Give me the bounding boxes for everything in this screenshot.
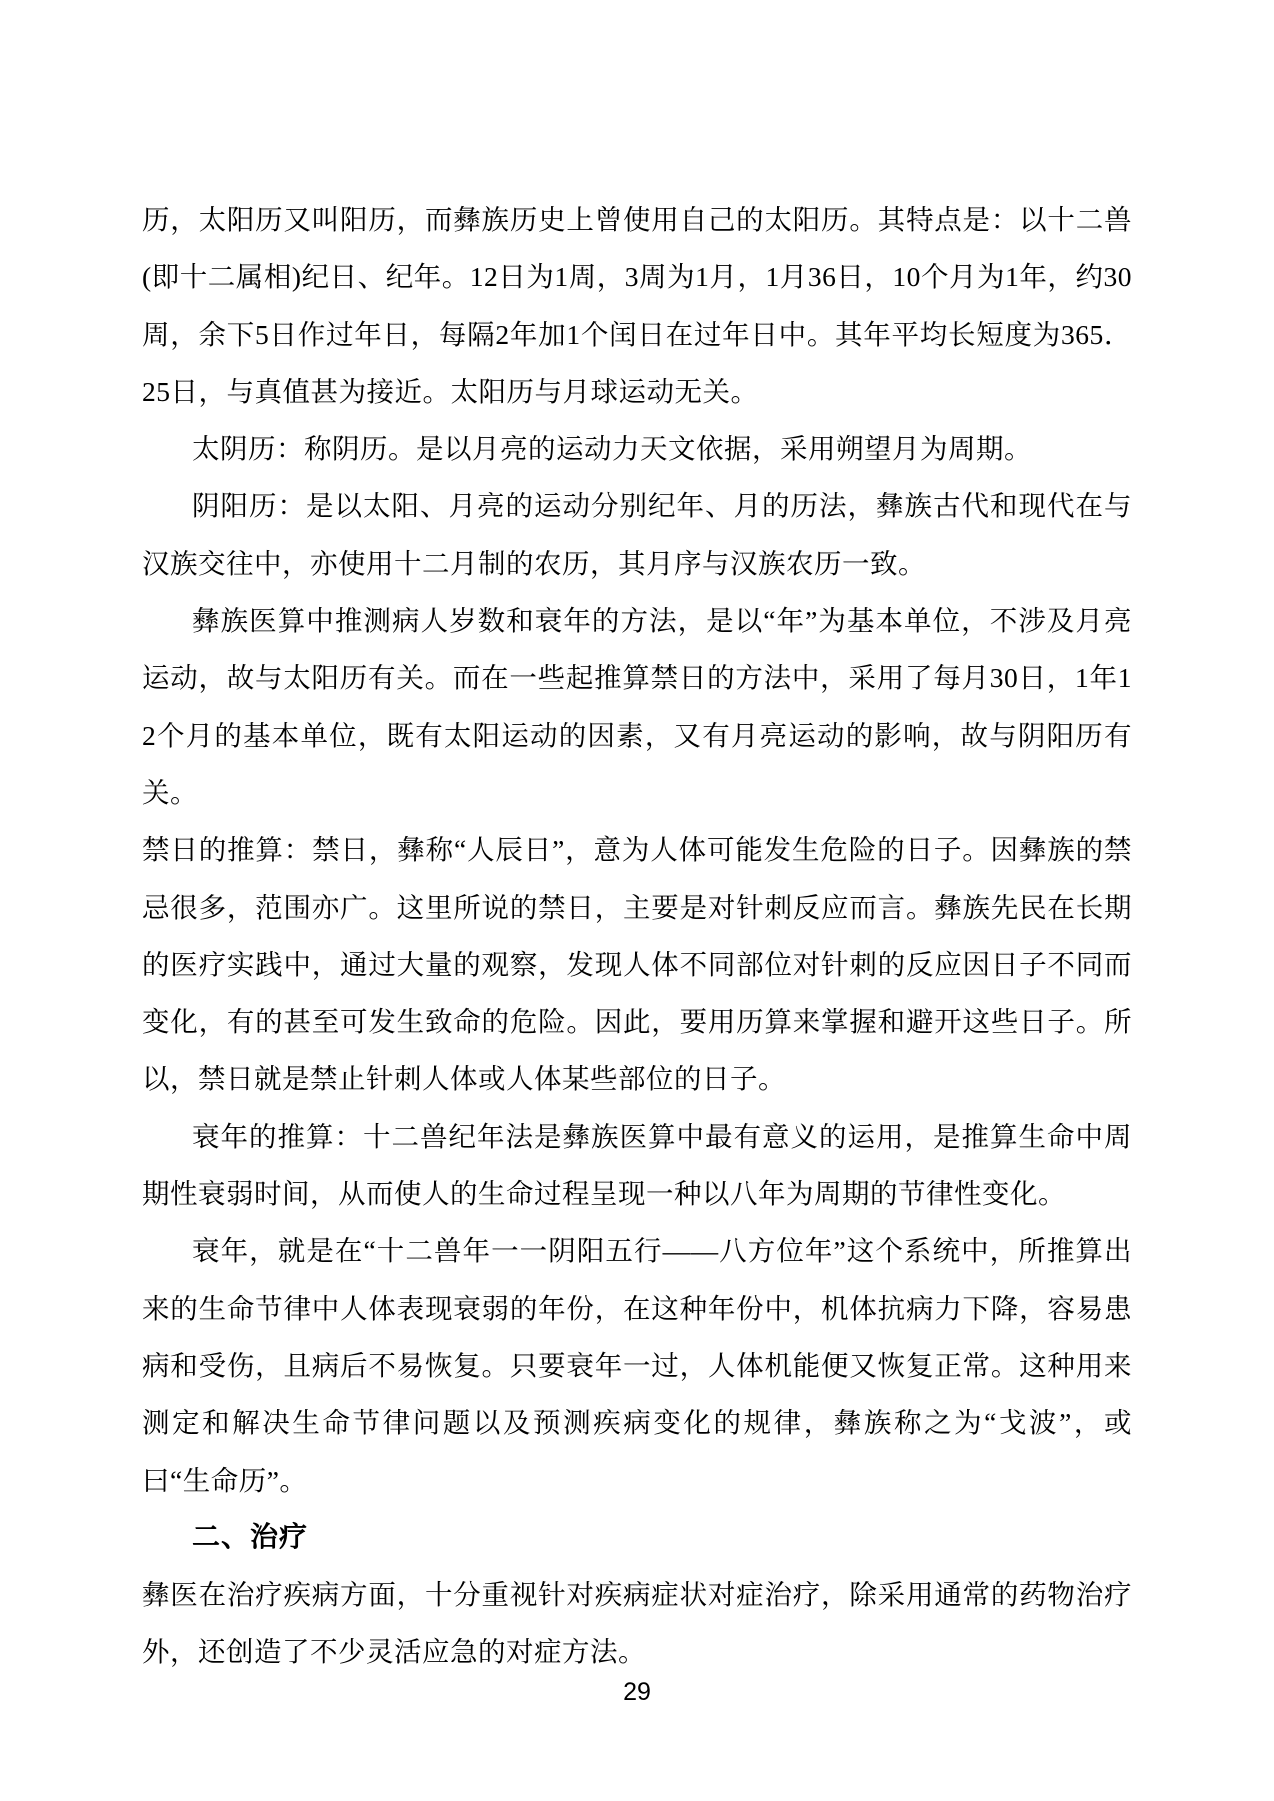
paragraph-treatment-intro: 彝医在治疗疾病方面，十分重视针对疾病症状对症治疗，除采用通常的药物治疗外，还创造…: [142, 1566, 1132, 1681]
paragraph-solar-calendar: 历，太阳历又叫阳历，而彝族历史上曾使用自己的太阳历。其特点是：以十二兽(即十二属…: [142, 191, 1132, 420]
paragraph-lunisolar-calendar: 阴阳历：是以太阳、月亮的运动分别纪年、月的历法，彝族古代和现代在与汉族交往中，亦…: [142, 477, 1132, 592]
document-page: 历，太阳历又叫阳历，而彝族历史上曾使用自己的太阳历。其特点是：以十二兽(即十二属…: [0, 0, 1274, 1801]
paragraph-declining-years-calc: 衰年的推算：十二兽纪年法是彝族医算中最有意义的运用，是推算生命中周期性衰弱时间，…: [142, 1108, 1132, 1223]
paragraph-medical-calculation: 彝族医算中推测病人岁数和衰年的方法，是以“年”为基本单位，不涉及月亮运动，故与太…: [142, 592, 1132, 821]
paragraph-forbidden-days: 禁日的推算：禁日，彝称“人辰日”，意为人体可能发生危险的日子。因彝族的禁忌很多，…: [142, 821, 1132, 1107]
paragraph-declining-years-system: 衰年，就是在“十二兽年一一阴阳五行——八方位年”这个系统中，所推算出来的生命节律…: [142, 1222, 1132, 1508]
section-heading-treatment: 二、治疗: [142, 1509, 1132, 1566]
paragraph-lunar-calendar: 太阴历：称阴历。是以月亮的运动力天文依据，采用朔望月为周期。: [142, 420, 1132, 477]
page-number: 29: [0, 1678, 1274, 1707]
page-content: 历，太阳历又叫阳历，而彝族历史上曾使用自己的太阳历。其特点是：以十二兽(即十二属…: [142, 191, 1132, 1681]
